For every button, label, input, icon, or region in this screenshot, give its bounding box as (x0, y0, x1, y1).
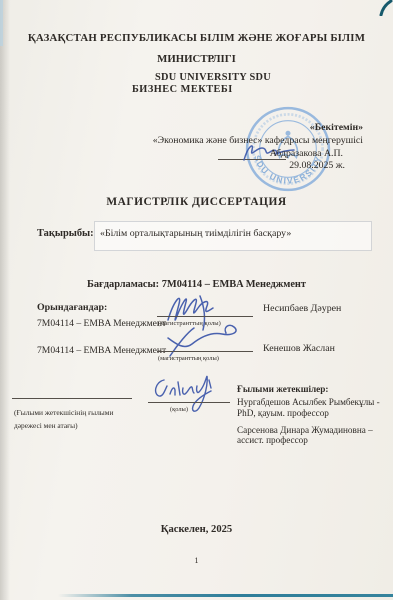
school-name: БИЗНЕС МЕКТЕБІ (132, 84, 233, 95)
executor-signature-line-1 (157, 316, 253, 317)
approve-label: «Бекітемін» (310, 122, 363, 133)
bottom-accent-rule (58, 594, 393, 597)
topic-label: Тақырыбы: (37, 228, 94, 239)
supervisor-signature-line (148, 402, 230, 403)
document-type-title: МАГИСТРЛІК ДИССЕРТАЦИЯ (0, 196, 393, 208)
executor-program-1: 7M04114 – EMBA Менеджмент (37, 318, 166, 329)
supervisors-block: Ғылыми жетекшілер: Нургабдешов Асылбек Р… (237, 384, 389, 446)
corner-mark-icon (379, 0, 393, 16)
executor-program-2: 7M04114 – EMBA Менеджмент (37, 345, 166, 356)
university-name: SDU UNIVERSITY SDU (108, 72, 318, 83)
approver-name: Абдразакова А.П. (270, 148, 343, 159)
ministry-title-line2: МИНИСТРЛІГІ (0, 53, 393, 65)
executor-name-1: Несипбаев Дәурен (263, 303, 341, 314)
program-line: Бағдарламасы: 7M04114 – EMBA Менеджмент (0, 279, 393, 290)
executor-signature-line-2 (157, 351, 253, 352)
supervisor-signature (146, 368, 238, 420)
executor-signature-2 (158, 320, 268, 360)
supervisor-degree-line (12, 398, 132, 399)
executors-heading: Орындағандар: (37, 302, 107, 313)
page-number: 1 (0, 556, 393, 565)
approve-date: 29.08.2025 ж. (289, 160, 345, 171)
scan-edge-shadow (0, 0, 10, 600)
topic-title: «Білім орталықтарының тиімділігін басқар… (100, 228, 291, 239)
supervisor-signature-caption: (қолы) (170, 406, 188, 413)
executor-name-2: Кенешов Жаслан (263, 343, 335, 354)
supervisors-heading: Ғылыми жетекшілер: (237, 384, 389, 395)
city-year: Қаскелен, 2025 (0, 524, 393, 535)
supervisor-name-2: Сарсенова Динара Жумадиновна – ассист. п… (237, 425, 389, 447)
executor-signature-caption-2: (магистранттың қолы) (158, 355, 219, 362)
supervisor-name-1: Нургабдешов Асылбек Рымбекұлы - PhD, қау… (237, 397, 389, 419)
dissertation-title-page: ҚАЗАҚСТАН РЕСПУБЛИКАСЫ БІЛІМ ЖӘНЕ ЖОҒАРЫ… (0, 0, 393, 600)
supervisor-degree-caption: (Ғылыми жетекшісінің ғылыми дәрежесі мен… (14, 407, 140, 433)
ministry-title-line1: ҚАЗАҚСТАН РЕСПУБЛИКАСЫ БІЛІМ ЖӘНЕ ЖОҒАРЫ… (0, 32, 393, 44)
